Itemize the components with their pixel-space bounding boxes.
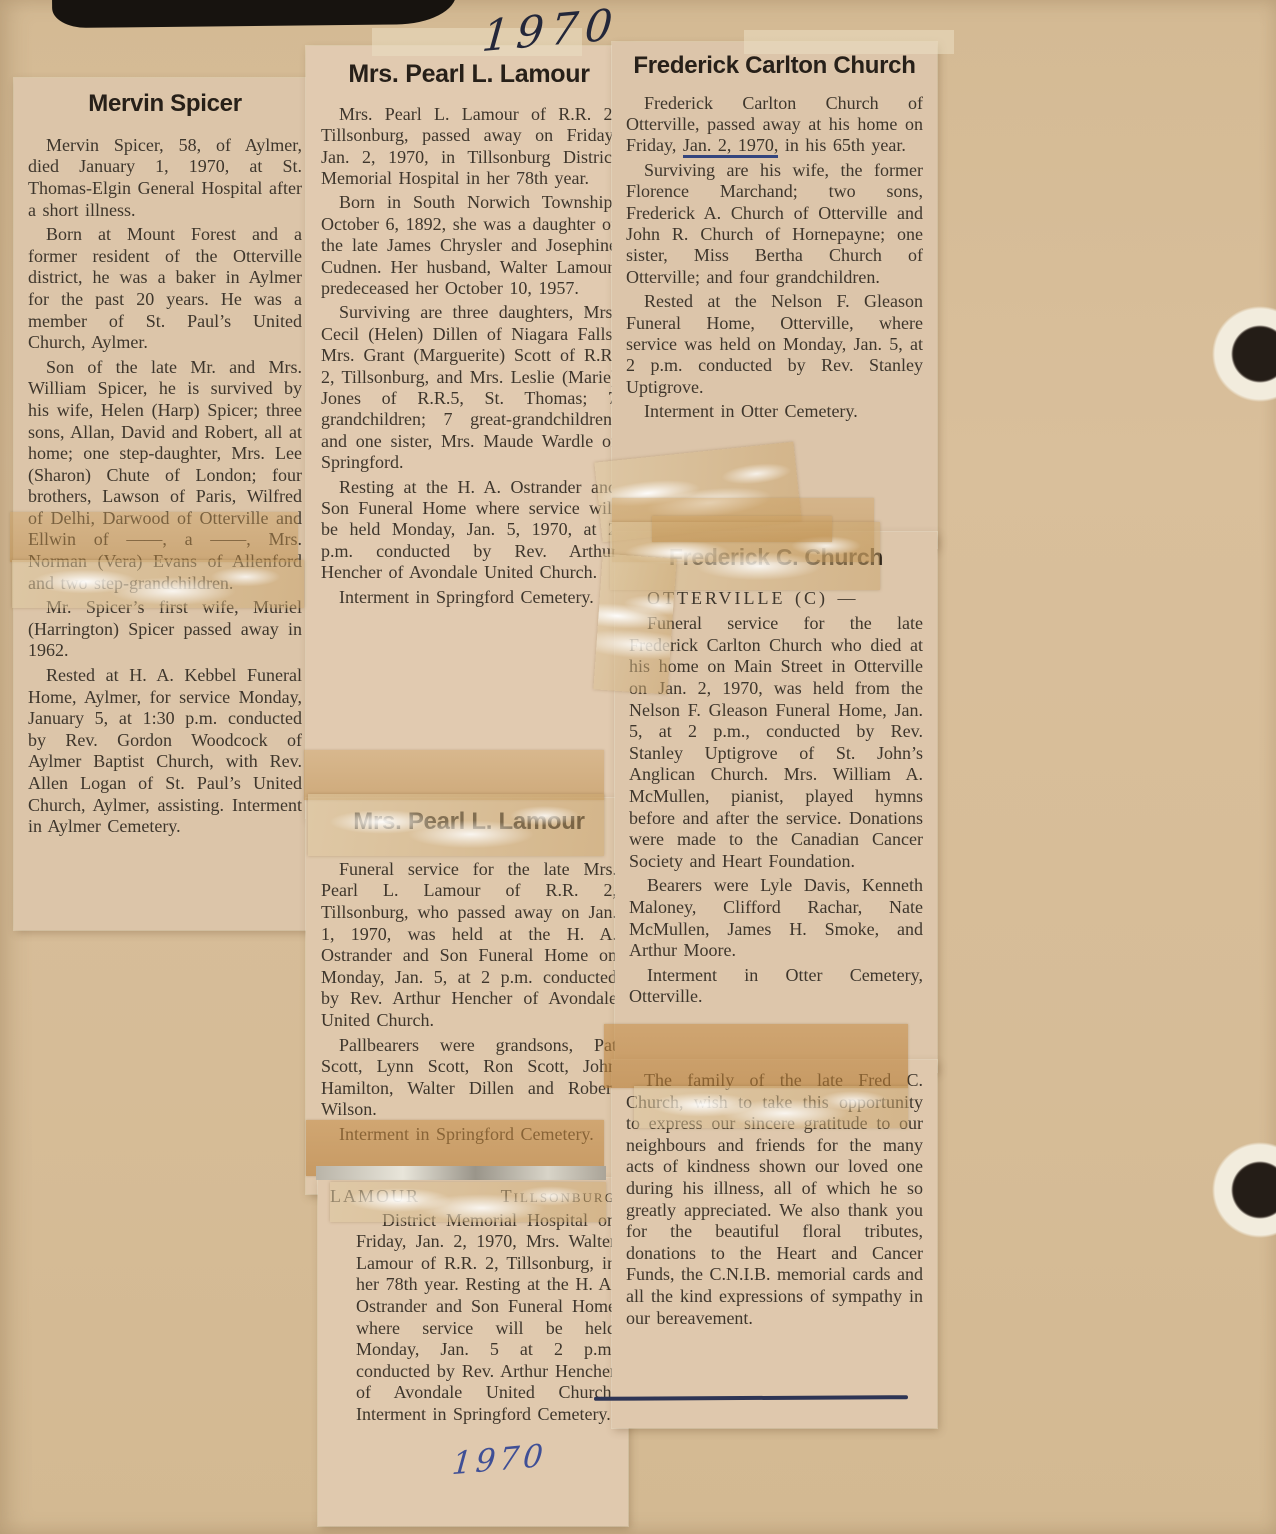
- clipping-lamour-obituary: Mrs. Pearl L. Lamour Mrs. Pearl L. Lamou…: [306, 46, 632, 818]
- headline-church: Frederick Carlton Church: [626, 52, 923, 81]
- tape-strip-foil: [634, 1086, 908, 1128]
- tape-strip-foil: [330, 1182, 606, 1222]
- paragraph: Interment in Springford Cemetery.: [321, 587, 617, 608]
- clipping-spicer-obituary: Mervin Spicer Mervin Spicer, 58, of Aylm…: [14, 78, 316, 930]
- tape-strip: [604, 1024, 908, 1088]
- paragraph: Born at Mount Forest and a former reside…: [28, 224, 302, 354]
- paragraph: Rested at the Nelson F. Gleason Funeral …: [626, 291, 923, 398]
- scrapbook-page: 1970 Mervin Spicer Mervin Spicer, 58, of…: [0, 0, 1276, 1534]
- paragraph: Born in South Norwich Township, October …: [321, 192, 617, 299]
- paragraph: Funeral service for the late Mrs. Pearl …: [321, 859, 617, 1032]
- hole-punch-bottom: [1212, 1142, 1276, 1238]
- paragraph: District Memorial Hospital on Friday, Ja…: [330, 1210, 616, 1426]
- paragraph: Resting at the H. A. Ostrander and Son F…: [321, 477, 617, 584]
- tape-strip: [10, 512, 298, 562]
- tape-strip: [652, 516, 832, 542]
- tape-strip-foil: [308, 794, 604, 856]
- paragraph: Bearers were Lyle Davis, Kenneth Maloney…: [629, 875, 923, 961]
- paragraph: Rested at H. A. Kebbel Funeral Home, Ayl…: [28, 665, 302, 838]
- tape-strip-foil: [593, 554, 676, 695]
- tape-strip-foil: [12, 560, 304, 608]
- paragraph: Interment in Otter Cemetery.: [626, 401, 923, 422]
- paragraph: Frederick Carlton Church of Otterville, …: [626, 93, 923, 157]
- tape-tab-top-church: [744, 30, 954, 54]
- headline-spicer: Mervin Spicer: [28, 90, 302, 119]
- paragraph: Mervin Spicer, 58, of Aylmer, died Janua…: [28, 135, 302, 221]
- paragraph-text: in his 65th year.: [778, 135, 906, 155]
- paragraph: Surviving are his wife, the former Flore…: [626, 160, 923, 288]
- paragraph: Funeral service for the late Frederick C…: [629, 613, 923, 872]
- paragraph: Mrs. Pearl L. Lamour of R.R. 2, Tillsonb…: [321, 104, 617, 190]
- album-edge-shadow: [52, 0, 457, 28]
- paragraph: Interment in Otter Cemetery, Otterville.: [629, 965, 923, 1008]
- paragraph: Surviving are three daughters, Mrs. Ceci…: [321, 302, 617, 473]
- tape-silver-edge: [316, 1166, 606, 1180]
- headline-lamour: Mrs. Pearl L. Lamour: [321, 60, 617, 90]
- tape-strip: [304, 750, 604, 800]
- hole-punch-top: [1212, 306, 1276, 402]
- pen-underlined-date: Jan. 2, 1970,: [683, 135, 779, 158]
- paragraph: Pallbearers were grandsons, Pat Scott, L…: [321, 1035, 617, 1121]
